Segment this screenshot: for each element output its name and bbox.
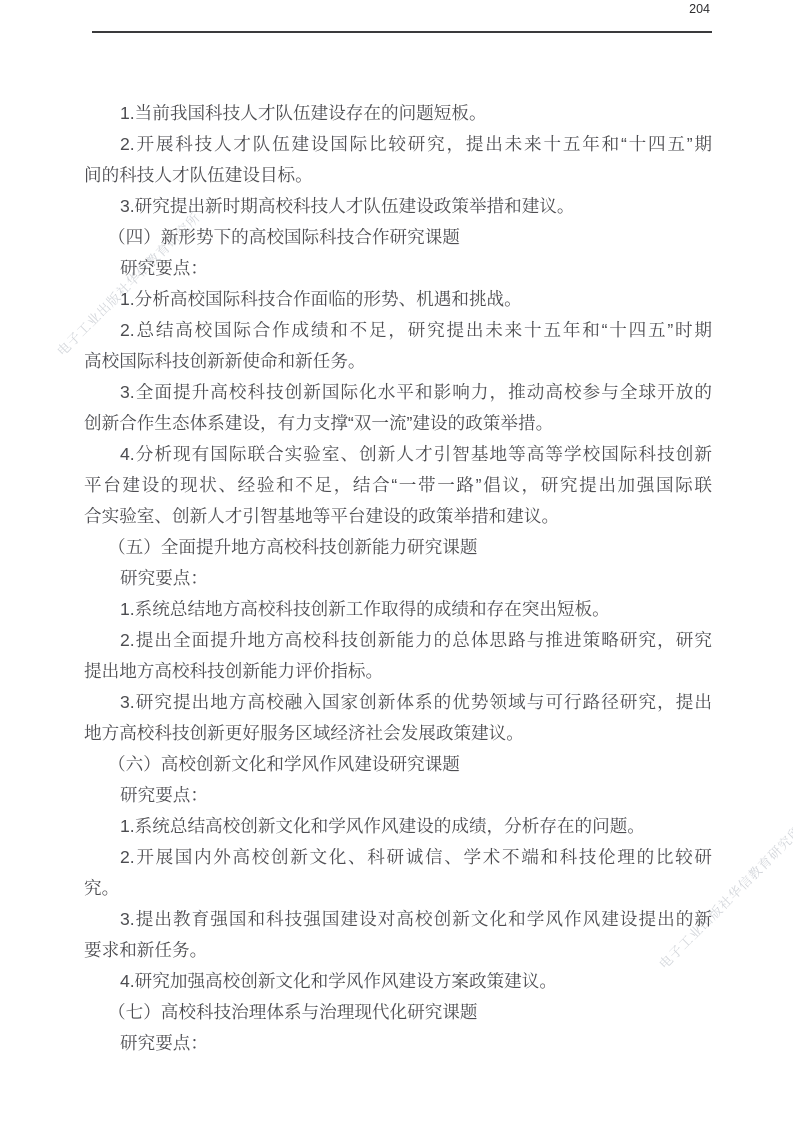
text-line: 1.当前我国科技人才队伍建设存在的问题短板。 [84,98,712,129]
header-rule [92,31,712,33]
text-line: 合实验室、创新人才引智基地等平台建设的政策举措和建议。 [84,501,712,532]
text-line: 4.研究加强高校创新文化和学风作风建设方案政策建议。 [84,966,712,997]
text-line: （四）新形势下的高校国际科技合作研究课题 [84,222,712,253]
text-line: 创新合作生态体系建设，有力支撑“双一流”建设的政策举措。 [84,408,712,439]
text-line: 2.总结高校国际合作成绩和不足，研究提出未来十五年和“十四五”时期 [84,315,712,346]
text-line: 1.分析高校国际科技合作面临的形势、机遇和挑战。 [84,284,712,315]
text-line: 研究要点： [84,563,712,594]
text-line: 2.开展国内外高校创新文化、科研诚信、学术不端和科技伦理的比较研 [84,842,712,873]
text-line: 平台建设的现状、经验和不足，结合“一带一路”倡议，研究提出加强国际联 [84,470,712,501]
text-line: 3.研究提出新时期高校科技人才队伍建设政策举措和建议。 [84,191,712,222]
text-line: 3.研究提出地方高校融入国家创新体系的优势领域与可行路径研究，提出 [84,687,712,718]
page-number: 204 [0,2,710,16]
document-body: 1.当前我国科技人才队伍建设存在的问题短板。2.开展科技人才队伍建设国际比较研究… [84,98,712,1059]
text-line: （七）高校科技治理体系与治理现代化研究课题 [84,997,712,1028]
text-line: 研究要点： [84,780,712,811]
text-line: （六）高校创新文化和学风作风建设研究课题 [84,749,712,780]
text-line: 研究要点： [84,253,712,284]
text-line: 究。 [84,873,712,904]
text-line: 2.开展科技人才队伍建设国际比较研究，提出未来十五年和“十四五”期 [84,129,712,160]
text-line: 1.系统总结地方高校科技创新工作取得的成绩和存在突出短板。 [84,594,712,625]
text-line: 高校国际科技创新新使命和新任务。 [84,346,712,377]
text-line: 4.分析现有国际联合实验室、创新人才引智基地等高等学校国际科技创新 [84,439,712,470]
text-line: 3.全面提升高校科技创新国际化水平和影响力，推动高校参与全球开放的 [84,377,712,408]
text-line: 3.提出教育强国和科技强国建设对高校创新文化和学风作风建设提出的新 [84,904,712,935]
text-line: 1.系统总结高校创新文化和学风作风建设的成绩，分析存在的问题。 [84,811,712,842]
text-line: 要求和新任务。 [84,935,712,966]
text-line: （五）全面提升地方高校科技创新能力研究课题 [84,532,712,563]
text-line: 间的科技人才队伍建设目标。 [84,160,712,191]
text-line: 研究要点： [84,1028,712,1059]
text-line: 提出地方高校科技创新能力评价指标。 [84,656,712,687]
text-line: 地方高校科技创新更好服务区域经济社会发展政策建议。 [84,718,712,749]
text-line: 2.提出全面提升地方高校科技创新能力的总体思路与推进策略研究，研究 [84,625,712,656]
